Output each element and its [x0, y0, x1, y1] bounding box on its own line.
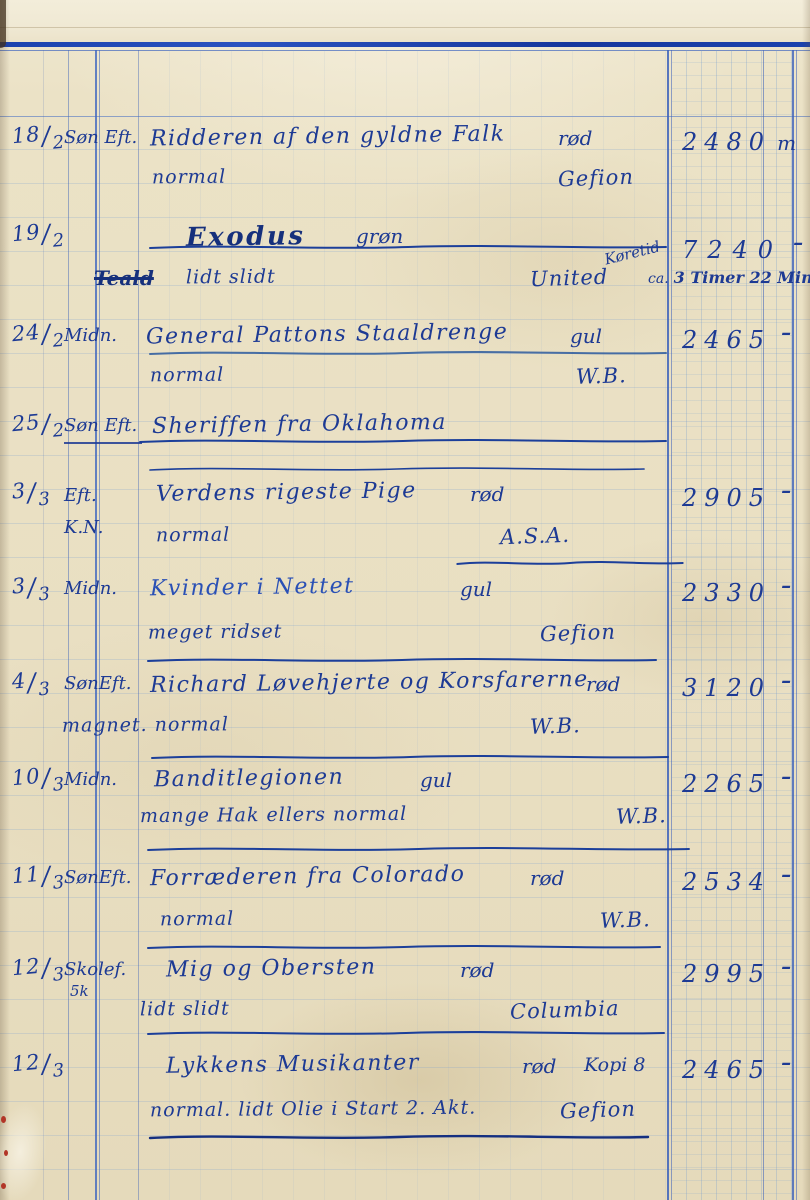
- film-length: 2330–: [682, 579, 791, 607]
- runtime-note: [648, 623, 653, 642]
- entry-separator-line: [148, 348, 668, 358]
- runtime-note: [648, 910, 653, 929]
- distributor: Columbia: [510, 996, 620, 1024]
- showtime-label: Søn Eft.: [64, 412, 142, 444]
- entry-separator-line: [456, 558, 684, 568]
- length-value: 2330: [682, 579, 771, 607]
- film-title: Banditlegionen: [154, 765, 345, 793]
- film-length: 2905–: [682, 484, 791, 512]
- condition-note: meget ridset: [148, 620, 282, 643]
- struck-word: Teald: [94, 266, 154, 290]
- print-color-note: rød: [522, 1054, 556, 1078]
- condition-note: normal: [160, 908, 234, 931]
- ledger-page: 18/2 Søn Eft. Ridderen af den gyldne Fal…: [0, 0, 810, 1200]
- length-unit: –: [781, 764, 791, 788]
- length-value: 3120: [682, 674, 771, 702]
- condition-note: normal. lidt Olie i Start 2. Akt.: [150, 1097, 476, 1122]
- film-length: 2534–: [682, 868, 791, 896]
- separator-stroke: [146, 942, 662, 952]
- film-title: Exodus: [186, 221, 306, 253]
- entry-separator-line: [146, 655, 658, 665]
- runtime-circa: ca.: [648, 271, 669, 287]
- showtime-label: Søn Eft.: [64, 124, 142, 153]
- film-length: 2480m: [682, 128, 796, 156]
- ledger-entry: 19/2 Exodus grøn 7240– Teald lidt slidt …: [0, 222, 810, 232]
- entry-date: 19/2: [11, 218, 66, 251]
- ledger-entry: 24/2 Midn. General Pattons Staaldrenge g…: [0, 322, 810, 332]
- print-color-note: rød: [558, 126, 592, 150]
- date-denominator: 3: [38, 488, 52, 510]
- date-denominator: 3: [52, 1060, 66, 1082]
- condition-note: lidt slidt: [186, 266, 276, 289]
- print-color-note: gul: [420, 768, 452, 792]
- separator-stroke: [148, 1132, 650, 1142]
- condition-note: magnet. normal: [62, 713, 229, 736]
- length-unit: m: [777, 131, 796, 155]
- distributor: United: [530, 265, 609, 292]
- length-unit: –: [781, 954, 791, 978]
- ledger-entry: 12/3 Lykkens Musikanter rød Kopi 8 2465–…: [0, 1052, 810, 1062]
- separator-stroke: [146, 1028, 666, 1038]
- entry-showtime: Midn.: [64, 766, 142, 795]
- length-unit: –: [781, 478, 791, 502]
- entries-layer: 18/2 Søn Eft. Ridderen af den gyldne Fal…: [0, 0, 810, 1200]
- ledger-entry: 3/3 Eft. K.N. Verdens rigeste Pige rød 2…: [0, 480, 810, 490]
- film-title: Verdens rigeste Pige: [156, 478, 417, 507]
- ledger-entry: 3/3 Midn. Kvinder i Nettet gul 2330– meg…: [0, 575, 810, 585]
- date-slash: /: [40, 861, 52, 891]
- runtime-value: 3 Timer 22 Min: [674, 268, 810, 287]
- print-color-note: rød: [586, 672, 620, 696]
- film-title: Richard Løvehjerte og Korsfarerne: [150, 667, 589, 698]
- film-title: Ridderen af den gyldne Falk: [150, 122, 506, 152]
- entry-showtime: Søn Eft.: [64, 412, 142, 444]
- showtime-label: Midn.: [64, 322, 142, 351]
- entry-separator-line: [148, 1132, 650, 1142]
- film-length: 2465–: [682, 326, 791, 354]
- date-slash: /: [40, 121, 52, 151]
- date-numerator: 12: [11, 954, 42, 980]
- condition-note: normal: [152, 166, 226, 189]
- film-title: Forræderen fra Colorado: [150, 862, 466, 891]
- entry-date: 24/2: [11, 318, 66, 351]
- entry-date: 4/3: [11, 666, 52, 698]
- length-unit: –: [781, 1050, 791, 1074]
- entry-showtime: Midn.: [64, 322, 142, 351]
- entry-date: 11/3: [11, 860, 66, 893]
- showtime-label-2: K.N.: [64, 512, 142, 544]
- runtime-note: [648, 526, 653, 545]
- separator-stroke: [148, 348, 668, 358]
- condition-note: mange Hak ellers normal: [140, 803, 407, 827]
- film-length: [682, 416, 688, 444]
- entry-date: 10/3: [11, 762, 66, 795]
- print-color-note: grøn: [356, 224, 403, 248]
- condition-note: lidt slidt: [140, 998, 230, 1021]
- date-slash: /: [40, 1049, 52, 1079]
- entry-showtime: Skolef. 5k: [64, 956, 142, 1003]
- length-value: 2995: [682, 960, 771, 988]
- film-length: 7240–: [682, 236, 803, 264]
- runtime-note: [648, 716, 653, 735]
- date-numerator: 25: [11, 410, 42, 436]
- runtime-note: [648, 366, 653, 385]
- date-numerator: 3: [11, 573, 27, 598]
- distributor: W.B.: [530, 713, 582, 739]
- film-length: 3120–: [682, 674, 791, 702]
- entry-date: 25/2: [11, 408, 66, 441]
- date-slash: /: [40, 953, 52, 983]
- showtime-label: SønEft.: [64, 864, 142, 893]
- film-length: 2265–: [682, 770, 791, 798]
- runtime-note: ca.3 Timer 22 Min: [648, 268, 810, 287]
- separator-stroke: [146, 655, 658, 665]
- distributor: A.S.A.: [500, 523, 571, 549]
- separator-stroke: [148, 464, 646, 474]
- date-denominator: 3: [38, 678, 52, 700]
- showtime-label: Midn.: [64, 575, 142, 604]
- film-title: Lykkens Musikanter: [166, 1050, 420, 1079]
- entry-date: 18/2: [11, 120, 66, 153]
- entry-showtime: Søn Eft.: [64, 124, 142, 153]
- date-slash: /: [26, 573, 38, 603]
- length-unit: –: [793, 230, 803, 254]
- date-numerator: 4: [11, 668, 27, 693]
- distributor: Gefion: [560, 1097, 637, 1124]
- film-length: 2995–: [682, 960, 791, 988]
- print-color-note: rød: [460, 958, 494, 982]
- film-title: Sheriffen fra Oklahoma: [152, 410, 447, 439]
- print-color-note: rød: [530, 866, 564, 890]
- print-color-note: gul: [570, 324, 602, 348]
- film-length: 2465–: [682, 1056, 791, 1084]
- entry-separator-line: [146, 942, 662, 952]
- date-numerator: 11: [11, 862, 42, 888]
- date-slash: /: [40, 319, 52, 349]
- distributor: Gefion: [558, 165, 635, 192]
- length-value: 2265: [682, 770, 771, 798]
- showtime-label: Midn.: [64, 766, 142, 795]
- copy-number-note: Kopi 8: [584, 1054, 646, 1076]
- date-numerator: 24: [11, 320, 42, 346]
- separator-stroke: [146, 844, 691, 854]
- ledger-entry: 12/3 Skolef. 5k Mig og Obersten rød 2995…: [0, 956, 810, 966]
- ledger-entry: 10/3 Midn. Banditlegionen gul 2265– mang…: [0, 766, 810, 776]
- length-value: 2465: [682, 1056, 771, 1084]
- date-numerator: 19: [11, 220, 42, 246]
- date-numerator: 10: [11, 764, 42, 790]
- print-color-note: rød: [470, 482, 504, 506]
- entry-separator-line: [146, 1028, 666, 1038]
- film-title: Mig og Obersten: [166, 955, 377, 983]
- length-value: 2534: [682, 868, 771, 896]
- length-value: 7240: [682, 236, 783, 264]
- entry-date: 12/3: [11, 1048, 66, 1081]
- distributor: W.B.: [576, 363, 628, 389]
- date-slash: /: [26, 668, 38, 698]
- date-slash: /: [40, 219, 52, 249]
- runtime-note: [648, 456, 653, 475]
- date-denominator: 2: [52, 230, 66, 252]
- distributor: W.B.: [616, 803, 668, 829]
- entry-date: 3/3: [11, 476, 52, 508]
- date-slash: /: [40, 409, 52, 439]
- length-unit: –: [781, 573, 791, 597]
- distributor: W.B.: [600, 907, 652, 933]
- ledger-entry: 11/3 SønEft. Forræderen fra Colorado rød…: [0, 864, 810, 874]
- entry-separator-line: [150, 752, 670, 762]
- date-numerator: 3: [11, 478, 27, 503]
- condition-note: normal: [150, 364, 224, 387]
- entry-date: 3/3: [11, 571, 52, 603]
- date-slash: /: [26, 478, 38, 508]
- runtime-note: [648, 1100, 653, 1119]
- length-unit: –: [781, 320, 791, 344]
- ledger-entry: 18/2 Søn Eft. Ridderen af den gyldne Fal…: [0, 124, 810, 134]
- date-slash: /: [40, 763, 52, 793]
- film-title: Kvinder i Nettet: [150, 574, 355, 602]
- entry-separator-line: [146, 844, 691, 854]
- length-unit: –: [781, 862, 791, 886]
- length-value: 2465: [682, 326, 771, 354]
- length-unit: –: [781, 668, 791, 692]
- showtime-label: Eft.: [64, 480, 142, 512]
- date-numerator: 12: [11, 1050, 42, 1076]
- distributor: Gefion: [540, 620, 617, 647]
- date-numerator: 18: [11, 122, 42, 148]
- showtime-label: SønEft.: [64, 670, 142, 699]
- print-color-note: gul: [460, 577, 492, 601]
- ledger-entry: 4/3 SønEft. Richard Løvehjerte og Korsfa…: [0, 670, 810, 680]
- entry-date: 12/3: [11, 952, 66, 985]
- separator-stroke: [456, 558, 684, 568]
- entry-showtime: SønEft.: [64, 864, 142, 893]
- runtime-note: [648, 168, 653, 187]
- length-value: 2480: [682, 128, 771, 156]
- runtime-note: [648, 1000, 653, 1019]
- condition-note: normal: [156, 524, 230, 547]
- entry-showtime: SønEft.: [64, 670, 142, 699]
- runtime-note: [648, 806, 653, 825]
- entry-showtime: Eft. K.N.: [64, 480, 142, 543]
- date-denominator: 3: [38, 583, 52, 605]
- ledger-entry: 25/2 Søn Eft. Sheriffen fra Oklahoma: [0, 412, 810, 422]
- film-title: General Pattons Staaldrenge: [146, 319, 509, 349]
- entry-showtime: Midn.: [64, 575, 142, 604]
- length-value: 2905: [682, 484, 771, 512]
- entry-separator-line: [148, 464, 646, 474]
- separator-stroke: [150, 752, 670, 762]
